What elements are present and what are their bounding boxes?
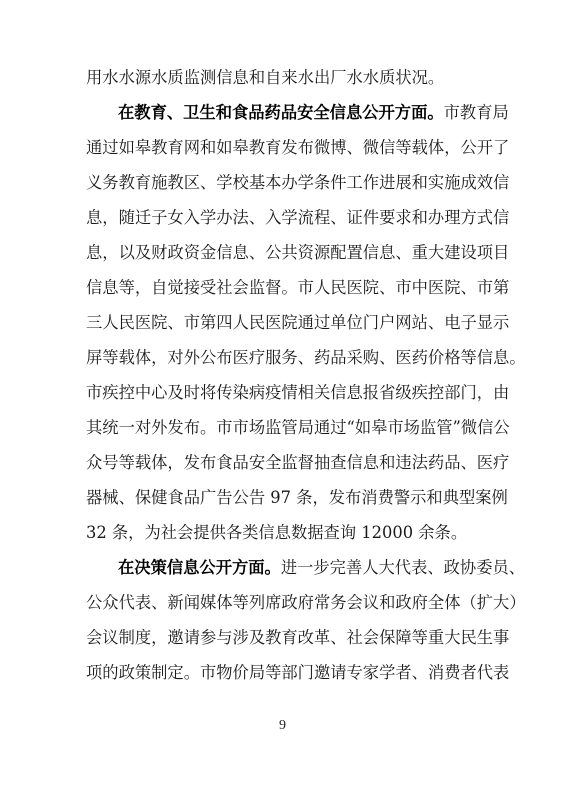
- paragraph-line: 义务教育施教区、学校基本办学条件工作进展和实施成效信: [86, 173, 478, 193]
- line-text: 项的政策制定。市物价局等部门邀请专家学者、消费者代表: [86, 663, 509, 682]
- line-text: 32 条，为社会提供各类信息数据查询 12000 余条。: [86, 523, 467, 542]
- paragraph-line: 会议制度，邀请参与涉及教育改革、社会保障等重大民生事: [86, 628, 478, 648]
- line-text: 屏等载体，对外公布医疗服务、药品采购、医药价格等信息。: [86, 348, 526, 367]
- line-text: 通过如皋教育网和如皋教育发布微博、微信等载体，公开了: [86, 138, 509, 157]
- section-heading-decision: 在决策信息公开方面。: [118, 558, 281, 577]
- line-text: 义务教育施教区、学校基本办学条件工作进展和实施成效信: [86, 173, 509, 192]
- paragraph-line: 其统一对外发布。市市场监管局通过“如皋市场监管”微信公: [86, 418, 478, 438]
- paragraph-line: 32 条，为社会提供各类信息数据查询 12000 余条。: [86, 523, 478, 543]
- paragraph-line: 器械、保健食品广告公告 97 条，发布消费警示和典型案例: [86, 488, 478, 508]
- section-heading-line: 在决策信息公开方面。进一步完善人大代表、政协委员、: [118, 558, 478, 578]
- line-text: 市教育局: [444, 103, 509, 122]
- page-number: 9: [0, 718, 565, 734]
- line-text: 用水水源水质监测信息和自来水出厂水水质状况。: [86, 68, 444, 87]
- paragraph-line: 市疾控中心及时将传染病疫情相关信息报省级疾控部门，由: [86, 383, 478, 403]
- paragraph-line: 通过如皋教育网和如皋教育发布微博、微信等载体，公开了: [86, 138, 478, 158]
- section-heading-education-health-food: 在教育、卫生和食品药品安全信息公开方面。: [118, 103, 444, 122]
- line-text: 三人民医院、市第四人民医院通过单位门户网站、电子显示: [86, 313, 509, 332]
- line-text: 器械、保健食品广告公告 97 条，发布消费警示和典型案例: [86, 488, 508, 507]
- line-text: 会议制度，邀请参与涉及教育改革、社会保障等重大民生事: [86, 628, 509, 647]
- line-text: 息，以及财政资金信息、公共资源配置信息、重大建设项目: [86, 243, 509, 262]
- line-text: 息，随迁子女入学办法、入学流程、证件要求和办理方式信: [86, 208, 509, 227]
- line-text: 公众代表、新闻媒体等列席政府常务会议和政府全体（扩大）: [86, 593, 526, 612]
- line-text: 其统一对外发布。市市场监管局通过“如皋市场监管”微信公: [86, 418, 510, 437]
- line-text: 信息等，自觉接受社会监督。市人民医院、市中医院、市第: [86, 278, 509, 297]
- paragraph-line: 众号等载体，发布食品安全监督抽查信息和违法药品、医疗: [86, 453, 478, 473]
- paragraph-line: 用水水源水质监测信息和自来水出厂水水质状况。: [86, 68, 478, 88]
- paragraph-line: 屏等载体，对外公布医疗服务、药品采购、医药价格等信息。: [86, 348, 478, 368]
- line-text: 众号等载体，发布食品安全监督抽查信息和违法药品、医疗: [86, 453, 509, 472]
- paragraph-line: 息，随迁子女入学办法、入学流程、证件要求和办理方式信: [86, 208, 478, 228]
- document-page: 用水水源水质监测信息和自来水出厂水水质状况。 在教育、卫生和食品药品安全信息公开…: [0, 0, 565, 800]
- paragraph-line: 信息等，自觉接受社会监督。市人民医院、市中医院、市第: [86, 278, 478, 298]
- paragraph-line: 三人民医院、市第四人民医院通过单位门户网站、电子显示: [86, 313, 478, 333]
- paragraph-line: 公众代表、新闻媒体等列席政府常务会议和政府全体（扩大）: [86, 593, 478, 613]
- paragraph-line: 项的政策制定。市物价局等部门邀请专家学者、消费者代表: [86, 663, 478, 683]
- section-heading-line: 在教育、卫生和食品药品安全信息公开方面。市教育局: [118, 103, 478, 123]
- paragraph-line: 息，以及财政资金信息、公共资源配置信息、重大建设项目: [86, 243, 478, 263]
- line-text: 进一步完善人大代表、政协委员、: [281, 558, 525, 577]
- line-text: 市疾控中心及时将传染病疫情相关信息报省级疾控部门，由: [86, 383, 509, 402]
